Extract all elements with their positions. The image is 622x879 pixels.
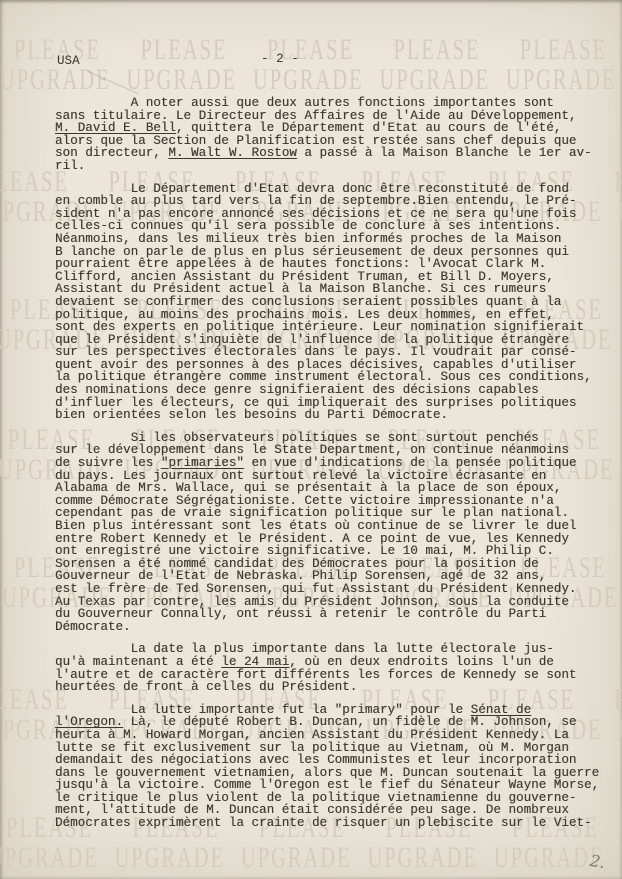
watermark-word: UPGRADE xyxy=(253,63,379,97)
country-label: USA xyxy=(57,54,80,68)
text-line: bien orientées selon les besoins du Part… xyxy=(55,409,615,422)
page-header: USA - 2 - xyxy=(0,52,622,68)
document-body: A noter aussi que deux autres fonctions … xyxy=(55,97,615,840)
text-line: du Gouverneur Connally, ont réussi à ret… xyxy=(55,608,615,621)
text-segment: bien orientées selon les besoins du Part… xyxy=(55,408,448,422)
text-line: ril. xyxy=(55,160,615,173)
page-number-header: - 2 - xyxy=(261,52,299,66)
underlined-text: M. Walt W. Rostow xyxy=(168,146,296,160)
paragraph: La lutte importante fut la "primary" pou… xyxy=(55,704,615,830)
text-segment: a passé à la Maison Blanche le 1er av- xyxy=(297,146,592,160)
paragraph: A noter aussi que deux autres fonctions … xyxy=(55,97,615,173)
watermark-word: UPGRADE xyxy=(618,195,622,229)
watermark-word: UPGRADE xyxy=(241,841,367,875)
watermark-word: PLEASE xyxy=(614,165,622,199)
document-page: PLEASEPLEASEPLEASEPLEASEPLEASEPLEASEUPGR… xyxy=(0,0,622,879)
paragraph: Le Département d'Etat devra donc être re… xyxy=(55,183,615,422)
text-segment: heurtées de front à celles du Président. xyxy=(55,680,357,694)
handwritten-page-number: 2. xyxy=(588,851,606,872)
text-line: Démocrates exprimèrent la crainte de ris… xyxy=(55,817,615,830)
paragraph: La date la plus importante dans la lutte… xyxy=(55,643,615,693)
watermark-word: UPGRADE xyxy=(126,63,252,97)
paper-crease xyxy=(87,71,139,95)
watermark-word: UPGRADE xyxy=(367,841,493,875)
text-line: heurtées de front à celles du Président. xyxy=(55,681,615,694)
watermark-word: UPGRADE xyxy=(379,63,505,97)
watermark-word: UPGRADE xyxy=(0,841,114,875)
text-line: son directeur, M. Walt W. Rostow a passé… xyxy=(55,147,615,160)
text-line: Démocrate. xyxy=(55,621,615,634)
text-segment: Démocrates exprimèrent la crainte de ris… xyxy=(55,816,592,830)
watermark-word: UPGRADE xyxy=(114,841,240,875)
paragraph: Si les observateurs politiques se sont s… xyxy=(55,432,615,634)
text-segment: Démocrate. xyxy=(55,620,131,634)
text-segment: ril. xyxy=(55,159,85,173)
watermark-row: UPGRADEUPGRADEUPGRADEUPGRADEUPGRADEUPGRA… xyxy=(0,841,622,875)
watermark-word: PLEASE xyxy=(614,683,622,717)
watermark-word: UPGRADE xyxy=(506,63,622,97)
watermark-word: UPGRADE xyxy=(618,713,622,747)
watermark-row: UPGRADEUPGRADEUPGRADEUPGRADEUPGRADEUPGRA… xyxy=(0,63,622,97)
